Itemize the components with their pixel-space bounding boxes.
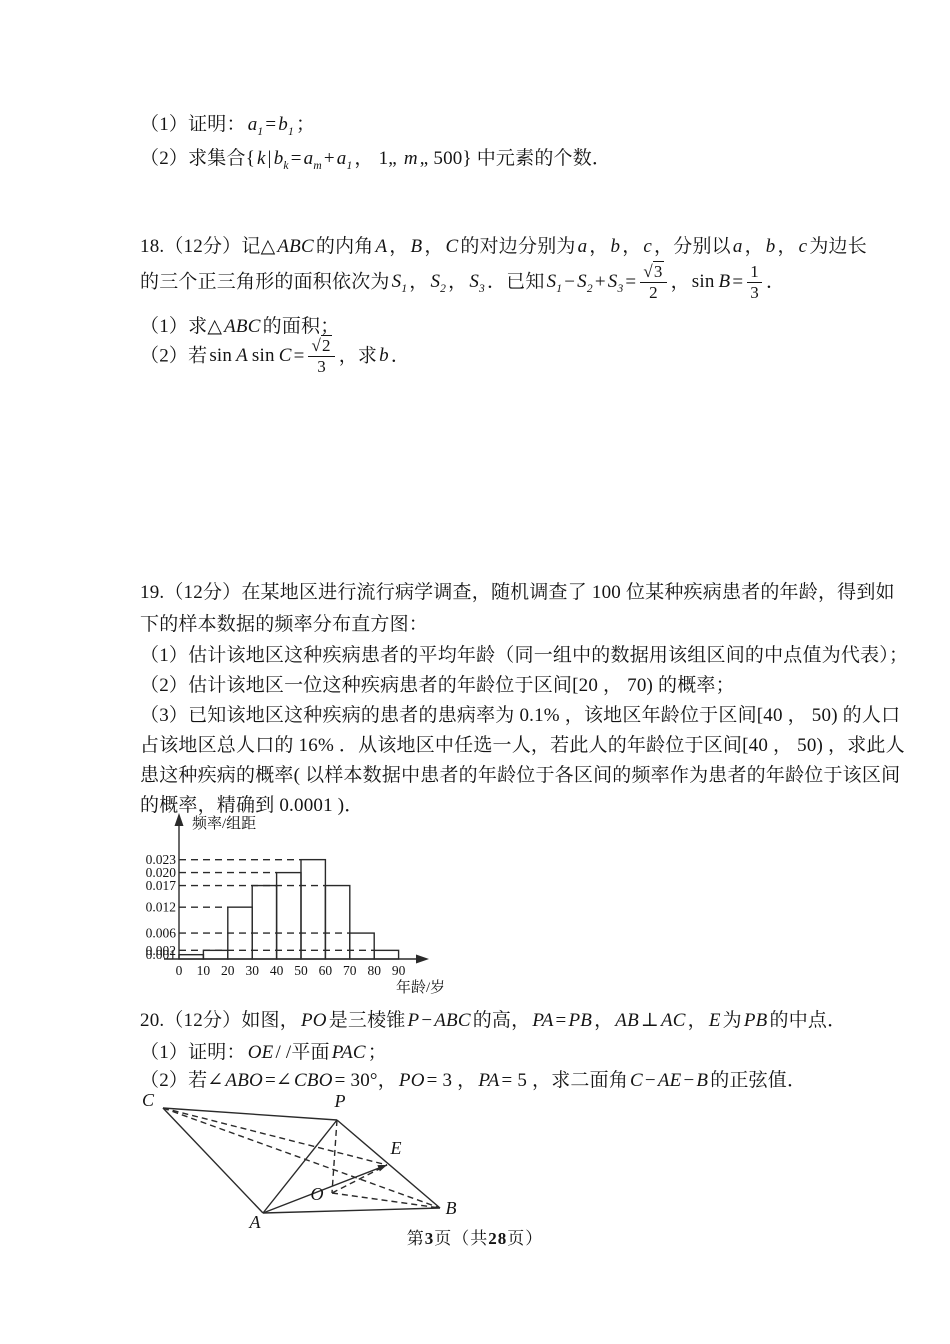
svg-text:年龄/岁: 年龄/岁: [396, 978, 445, 996]
frequency-histogram: 0.0230.0200.0170.0120.0060.0020.001频率/组距…: [146, 808, 486, 1005]
svg-text:20: 20: [221, 963, 235, 978]
svg-text:B: B: [446, 1198, 457, 1218]
svg-text:频率/组距: 频率/组距: [192, 815, 256, 832]
svg-text:90: 90: [392, 963, 406, 978]
problem-17-part-2: （2）求集合{k|bk=am+a1， 1„ m„ 500} 中元素的个数．: [140, 144, 611, 174]
svg-text:0.001: 0.001: [146, 947, 176, 962]
svg-text:40: 40: [270, 963, 284, 978]
problem-19-stem-line-1: 19.（12分）在某地区进行流行病学调查，随机调查了 100 位某种疾病患者的年…: [140, 578, 895, 608]
svg-text:30: 30: [245, 963, 259, 978]
problem-17-part-1: （1）证明：a1=b1；: [140, 110, 315, 140]
problem-19-stem-line-2: 下的样本数据的频率分布直方图：: [140, 610, 428, 640]
svg-text:0: 0: [176, 963, 183, 978]
svg-text:60: 60: [319, 963, 333, 978]
svg-text:O: O: [311, 1184, 324, 1204]
svg-text:10: 10: [197, 963, 211, 978]
problem-18-stem-line-1: 18.（12分）记△ABC的内角A，B，C的对边分别为a，b，c，分别以a，b，…: [140, 232, 867, 262]
svg-text:0.017: 0.017: [146, 878, 176, 893]
problem-18-part-2: （2）若sinAsinC=√23，求b．: [140, 336, 410, 378]
problem-19-part-2: （2）估计该地区一位这种疾病患者的年龄位于区间[20 ， 70) 的概率；: [140, 671, 735, 701]
problem-19-part-1: （1）估计该地区这种疾病患者的平均年龄（同一组中的数据用该组区间的中点值为代表）…: [140, 641, 908, 671]
svg-text:50: 50: [294, 963, 308, 978]
svg-text:C: C: [142, 1090, 155, 1110]
tetrahedron-figure: CPEOAB: [128, 1090, 473, 1245]
svg-text:P: P: [334, 1091, 346, 1111]
svg-text:80: 80: [367, 963, 381, 978]
svg-text:0.012: 0.012: [146, 900, 176, 915]
problem-19-part-3-line-1: （3）已知该地区这种疾病的患者的患病率为 0.1% ，该地区年龄位于区间[40 …: [140, 701, 900, 731]
svg-text:70: 70: [343, 963, 357, 978]
problem-19-part-3-line-3: 患这种疾病的概率( 以样本数据中患者的年龄位于各区间的频率作为患者的年龄位于该区…: [140, 761, 900, 791]
page-footer: 第3页（共28页）: [0, 1224, 950, 1249]
svg-text:0.006: 0.006: [146, 926, 176, 941]
problem-20-part-1: （1）证明：OE/ /平面PAC；: [140, 1038, 387, 1068]
problem-20-stem: 20.（12分）如图，PO是三棱锥P−ABC的高，PA=PB，AB⊥AC，E为P…: [140, 1006, 846, 1036]
exam-page: （1）证明：a1=b1； （2）求集合{k|bk=am+a1， 1„ m„ 50…: [0, 0, 950, 1344]
problem-19-part-3-line-2: 占该地区总人口的 16% ．从该地区中任选一人，若此人的年龄位于区间[40 ， …: [140, 731, 905, 761]
problem-18-stem-line-2: 的三个正三角形的面积依次为S1，S2，S3．已知S1−S2+S3=√32，sin…: [140, 262, 785, 304]
svg-text:E: E: [390, 1138, 402, 1158]
